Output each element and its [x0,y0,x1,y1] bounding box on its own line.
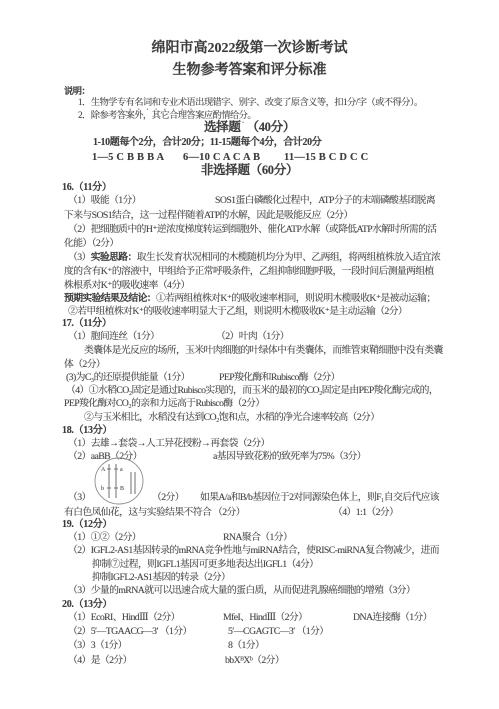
q16-expected-results-text: ①若两组植株对K⁺的吸收速率相同，则说明木榄吸收K⁺是被动运输； [156,293,436,304]
q16-a3-lead: 实验思路： [91,252,137,263]
question-17-number: 17.（11分） [62,317,112,330]
q18-answer-3-score: （2分） [152,491,184,504]
q16-a3-text: 取生长发育状况相同的木榄随机均分为甲、乙两组，将两组植株放入适宜浓 [137,252,441,263]
allele-label-a: a [120,467,123,473]
q19-answer-2-line-1: （2）IGFL2-AS1基因转录的mRNA竞争性地与miRNA结合，使RISC-… [68,544,439,557]
q16-answer-1-cont: 下来与SOS1结合，这一过程伴随着ATP的水解，因此是吸能反应（2分） [64,209,353,222]
question-19-number: 19.（12分） [62,518,112,531]
q17-answer-4-line-3: ②与玉米相比，水稻没有达到CO₂饱和点，水稻的净光合速率较高（2分） [84,411,379,424]
allele-label-A: A [101,467,106,473]
section-header-nonchoice: 非选择题（60分） [0,164,499,177]
q16-expected-results-line-2: ②若甲组植株对K⁺的吸收速率明显大于乙组，则说明木榄吸收K⁺是主动运输（2分） [68,305,407,318]
question-16-number: 16.（11分） [62,181,112,194]
q19-answer-2-line-2: 抑制⑦过程，则IGFL1基因可更多地表达出IGFL1（4分） [92,558,318,571]
note-2-pre: 2．除参考答案外，其它合理答案应 [78,111,213,121]
q19-answer-1-right: RNA聚合（1分） [223,531,292,544]
q19-answer-1-left: （1）①②（2分） [68,531,141,544]
q16-answer-1-text: SOS1蛋白磷酸化过程中，ATP分子的末端磷酸基团脱离 [215,194,435,207]
q17-answer-3-right: PEP羧化酶和Rubisco酶（2分） [219,371,340,384]
q16-answer-3-line-1: （3）实验思路：取生长发育状况相同的木榄随机均分为甲、乙两组，将两组植株放入适宜… [68,251,440,264]
q16-expected-results-lead: 预期实验结果及结论： [64,293,156,304]
q20-answer-1-col-1: （1）EcoRI、HindⅢ（2分） [68,611,180,624]
q18-answer-4: （4）1:1（2分） [333,506,398,519]
exam-title: 绵阳市高2022级第一次诊断考试 [0,42,499,55]
question-20-number: 20.（13分） [62,598,112,611]
q20-answer-4-col-1: （4）是（2分） [68,654,132,667]
cell-outline [95,458,143,504]
q19-answer-3: （3）少量的mRNA就可以迅速合成大量的蛋白质，从而促进乳腺癌细胞的增殖（3分） [68,584,415,597]
q20-answer-3-col-1: （3）3（1分） [68,639,127,652]
q16-a3-number: （3） [68,252,91,263]
exam-subtitle: 生物参考答案和评分标准 [0,64,499,77]
q18-answer-3-text: 如果A/a和B/b基因位于2对同源染色体上，则F₁自交后代应该 [200,491,439,504]
q16-answer-2-line-2: 化能）（2分） [64,237,119,250]
q20-answer-2-col-2: 5′—CGAGTC—3′ （1分） [228,625,329,638]
exam-answer-sheet: 绵阳市高2022级第一次诊断考试 生物参考答案和评分标准 说明： 1．生物学专有… [0,0,499,709]
q20-answer-2-col-1: （2）5′—TGAACG—3′ （1分） [68,625,192,638]
q20-answer-3-col-2: 8（1分） [228,639,264,652]
choice-scoring-line: 1-10题每个2分，合计20分；11-15题每个4分，合计20分 [93,136,321,149]
q17-answer-4-line-2: PEP羧化酶对CO₂的亲和力远高于Rubisco酶（2分） [64,397,264,410]
allele-label-b: b [101,486,104,492]
note-1-emphasized: 专有名词和专业术语 [117,98,195,108]
q20-answer-4-col-2: bbXᴮXᵇ（2分） [225,654,284,667]
q17-answer-2-label: （2）叶肉（1分） [216,330,289,343]
chromosome-diagram: A a b B [93,456,145,506]
q17-answer-3-left: (3)为C₃的还原提供能量（1分） [66,371,190,384]
choice-answers-1-5: 1—5 C B B B A [92,151,164,164]
q17-answer-1: （1）胞间连丝（1分） [68,330,159,343]
note-1-post: 出现错字、别字、改变了原含义等，扣1分/字（或不得分）。 [195,98,423,108]
note-1-pre: 1．生物学 [78,98,117,108]
section-header-choice: 选择题 （40分） [0,121,499,134]
q17-answer-4-line-1: （4）①水稻CO₂固定是通过Rubisco实现的，而玉米的最初的CO₂固定是由P… [66,384,438,397]
q16-answer-2-line-1: （2）把细胞质中的H⁺逆浓度梯度转运到细胞外、催化ATP水解（或降低ATP水解时… [68,223,436,236]
q20-answer-1-col-3: DNA连接酶（1分） [353,611,432,624]
question-18-number: 18.（13分） [62,424,112,437]
q16-expected-results-line: 预期实验结果及结论：①若两组植株对K⁺的吸收速率相同，则说明木榄吸收K⁺是被动运… [64,292,436,305]
q16-answer-1-label: （1）吸能（1分） [68,194,141,207]
q18-answer-1: （1）去雄→套袋→人工异花授粉→再套袋（2分） [68,437,270,450]
q20-answer-1-col-2: MfeI、HindⅢ（2分） [223,611,307,624]
q18-answer-2-right: a基因导致花粉的致死率为75%（3分） [213,450,366,463]
q16-answer-3-line-2: 度的含有K⁺的溶液中，甲组给予正常呼吸条件，乙组抑制细胞呼吸，一段时间后测量两组… [64,265,434,278]
q19-answer-2-line-3: 抑制IGFL2-AS1基因的转录（2分） [92,571,230,584]
allele-label-B: B [120,486,124,492]
q16-answer-3-line-3: 株根系对K⁺的吸收速率（4分） [64,279,190,292]
q18-answer-3-number: （3） [68,491,91,504]
q17-answer-2-line-1: 类囊体是光反应的场所，玉米叶肉细胞的叶绿体中有类囊体，而维管束鞘细胞中没有类囊 [84,344,443,357]
q17-answer-2-line-2: 体（2分） [64,358,105,371]
